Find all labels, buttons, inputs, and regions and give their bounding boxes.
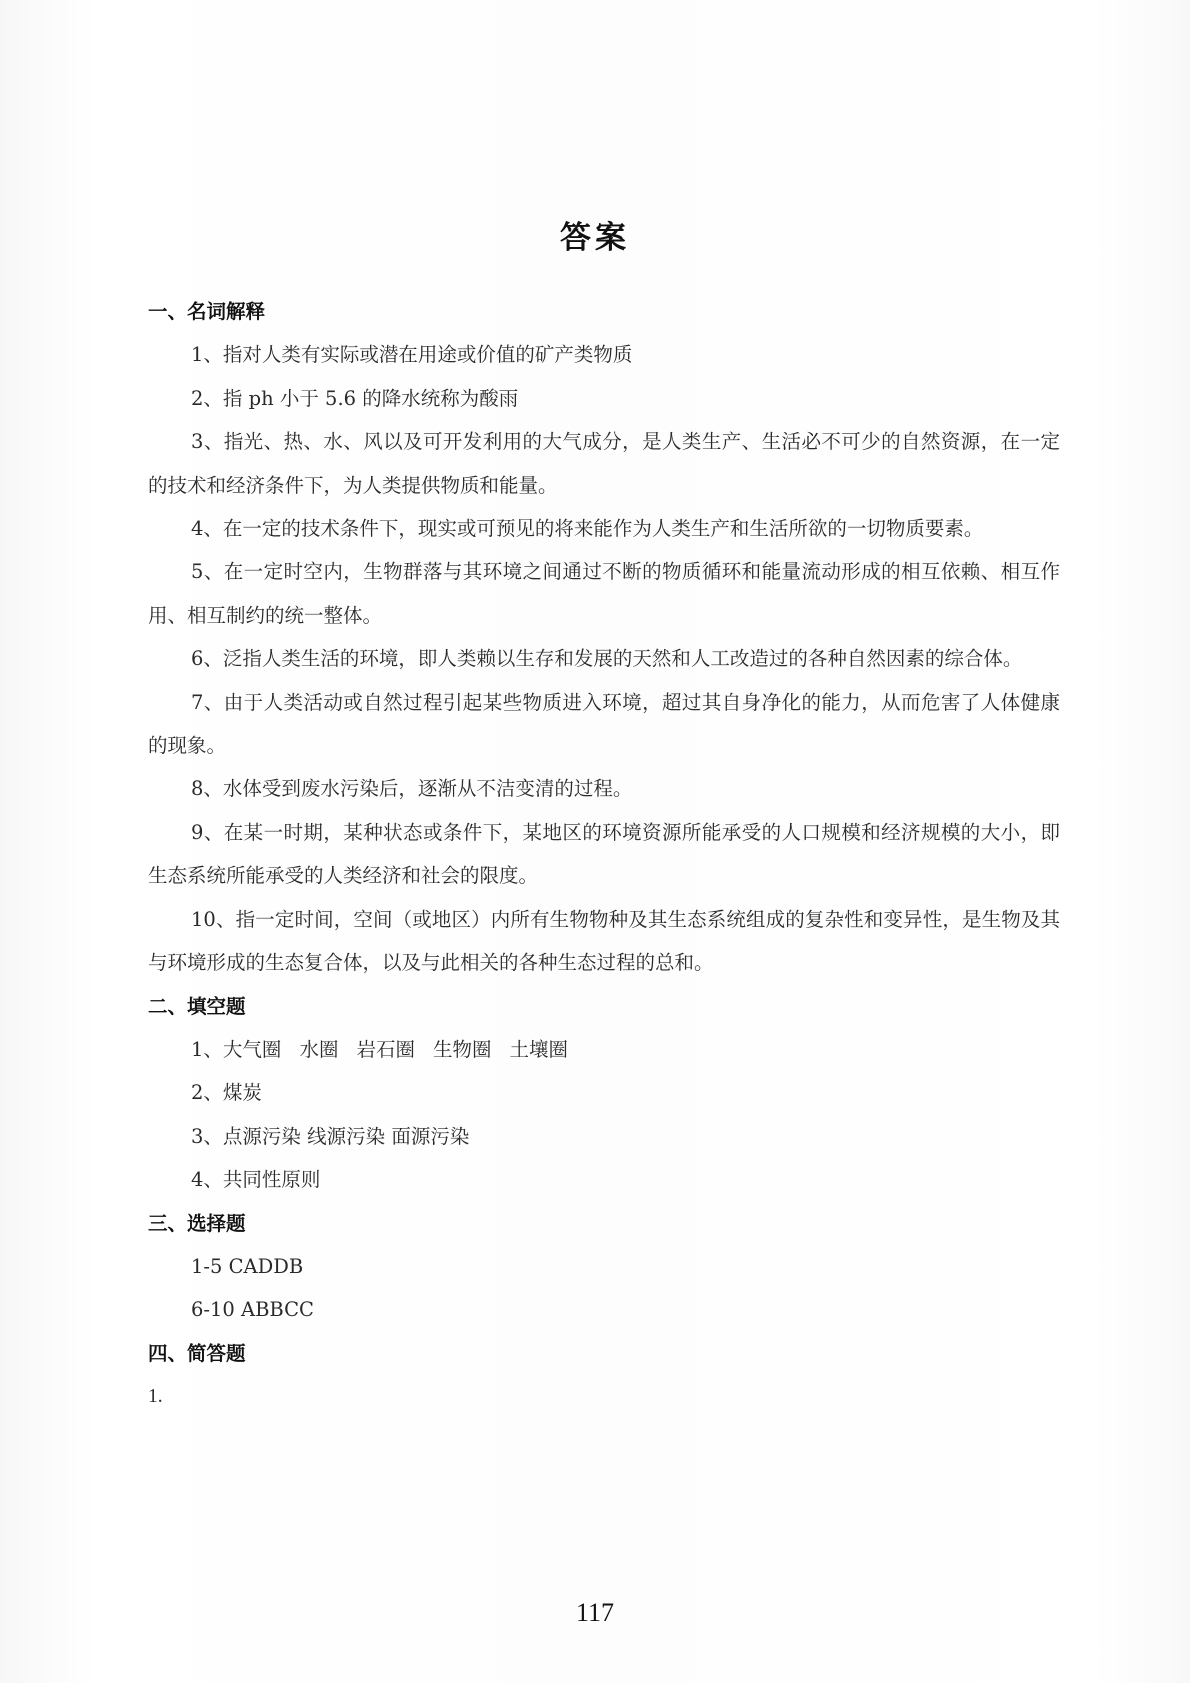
definition-item: 7、由于人类活动或自然过程引起某些物质进入环境，超过其自身净化的能力，从而危害了… [148, 681, 1060, 768]
definition-item: 9、在某一时期，某种状态或条件下，某地区的环境资源所能承受的人口规模和经济规模的… [148, 811, 1060, 898]
fill-blank-item: 2、煤炭 [148, 1071, 1060, 1114]
definition-item: 2、指 ph 小于 5.6 的降水统称为酸雨 [148, 377, 1060, 420]
answer: 生物圈 [433, 1038, 492, 1061]
item-number: 4、 [191, 1168, 223, 1191]
section-heading: 三、选择题 [148, 1202, 1060, 1245]
definition-item: 8、水体受到废水污染后，逐渐从不洁变清的过程。 [148, 767, 1060, 810]
item-number: 2、 [191, 1081, 223, 1104]
definition-item: 4、在一定的技术条件下，现实或可预见的将来能作为人类生产和生活所欲的一切物质要素… [148, 507, 1060, 550]
item-number: 3、 [191, 1125, 223, 1148]
answer: 土壤圈 [509, 1038, 568, 1061]
choice-answers: 6-10 ABBCC [148, 1288, 1060, 1331]
answer: 共同性原则 [223, 1168, 321, 1191]
fill-blank-item: 1、大气圈水圈岩石圈生物圈土壤圈 [148, 1028, 1060, 1071]
definition-item: 5、在一定时空内，生物群落与其环境之间通过不断的物质循环和能量流动形成的相互依赖… [148, 550, 1060, 637]
definition-item: 6、泛指人类生活的环境，即人类赖以生存和发展的天然和人工改造过的各种自然因素的综… [148, 637, 1060, 680]
fill-blank-item: 4、共同性原则 [148, 1158, 1060, 1201]
section-definitions: 一、名词解释 1、指对人类有实际或潜在用途或价值的矿产类物质 2、指 ph 小于… [148, 290, 1060, 985]
answer: 点源污染 [223, 1125, 301, 1148]
short-answer-item: 1. [148, 1375, 1060, 1418]
fill-blank-item: 3、点源污染 线源污染 面源污染 [148, 1115, 1060, 1158]
section-short-answer: 四、简答题 1. [148, 1332, 1060, 1419]
section-heading: 一、名词解释 [148, 290, 1060, 333]
document-page: 答案 一、名词解释 1、指对人类有实际或潜在用途或价值的矿产类物质 2、指 ph… [0, 0, 1190, 1683]
page-title: 答案 [0, 212, 1190, 257]
definition-item: 1、指对人类有实际或潜在用途或价值的矿产类物质 [148, 333, 1060, 376]
answer: 煤炭 [223, 1081, 262, 1104]
answer: 线源污染 [307, 1125, 385, 1148]
answer: 水圈 [299, 1038, 338, 1061]
answer: 岩石圈 [356, 1038, 415, 1061]
definition-item: 3、指光、热、水、风以及可开发利用的大气成分，是人类生产、生活必不可少的自然资源… [148, 420, 1060, 507]
definition-item: 10、指一定时间，空间（或地区）内所有生物物种及其生态系统组成的复杂性和变异性，… [148, 898, 1060, 985]
section-fill-in-blank: 二、填空题 1、大气圈水圈岩石圈生物圈土壤圈 2、煤炭 3、点源污染 线源污染 … [148, 985, 1060, 1202]
answer-content: 一、名词解释 1、指对人类有实际或潜在用途或价值的矿产类物质 2、指 ph 小于… [148, 290, 1060, 1419]
choice-answers: 1-5 CADDB [148, 1245, 1060, 1288]
item-number: 1、 [191, 1038, 223, 1061]
section-heading: 二、填空题 [148, 985, 1060, 1028]
answer: 面源污染 [391, 1125, 469, 1148]
page-number: 117 [0, 1598, 1190, 1628]
answer: 大气圈 [223, 1038, 282, 1061]
section-multiple-choice: 三、选择题 1-5 CADDB 6-10 ABBCC [148, 1202, 1060, 1332]
section-heading: 四、简答题 [148, 1332, 1060, 1375]
